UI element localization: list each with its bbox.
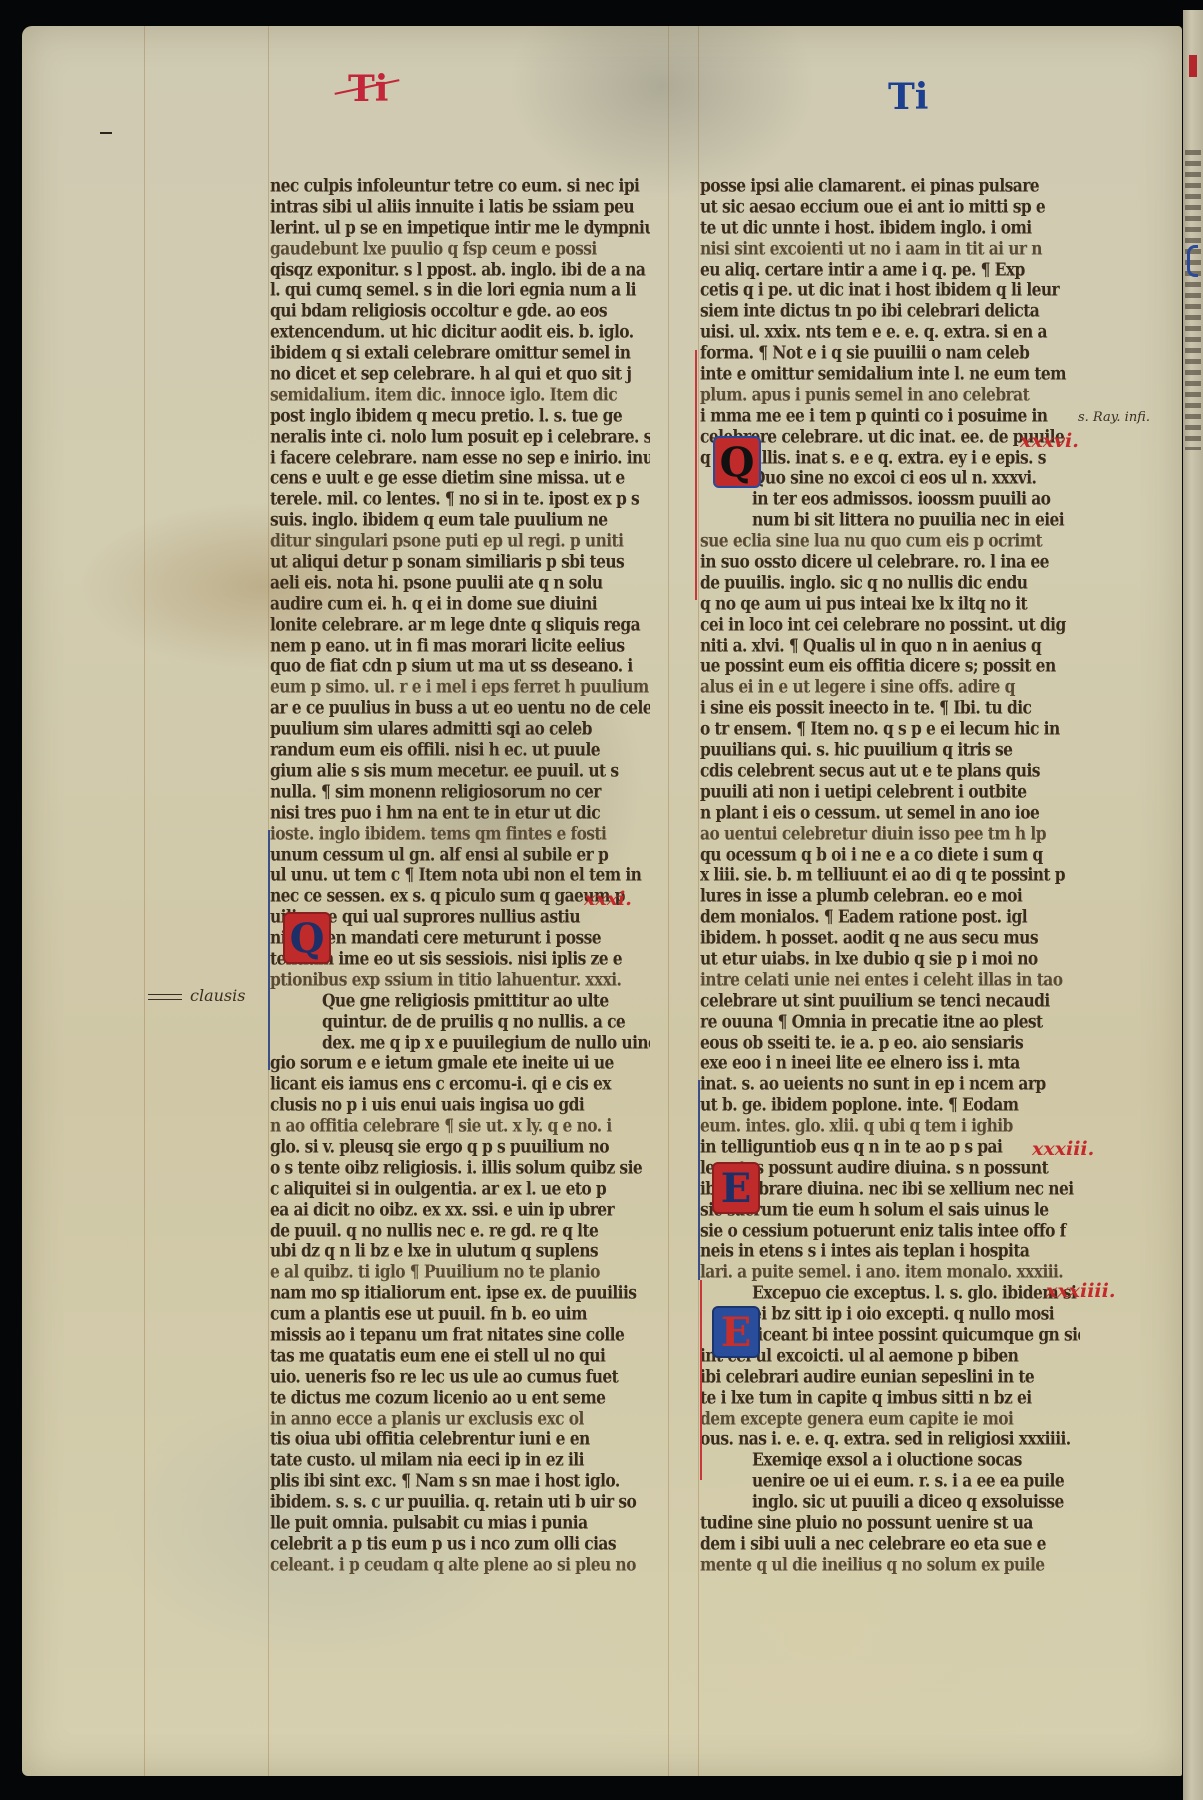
ink-mark: [100, 132, 112, 134]
text-column-b: posse ipsi alie clamarent. ei pinas puls…: [700, 176, 1080, 1576]
margin-note-left-text: clausis: [190, 986, 245, 1005]
penwork-flourish: [695, 350, 700, 600]
next-leaf-blue-paraph: [1187, 245, 1198, 277]
margin-ruling: [144, 26, 145, 1776]
rubric-number: xxxiii.: [1032, 1138, 1094, 1160]
column-a-right-ruling: [668, 26, 669, 1776]
text-column-a: nec culpis infoleuntur tetre co eum. si …: [270, 176, 650, 1576]
text-line: celeant. i p ceudam q alte plene ao si p…: [270, 1553, 650, 1577]
initial-q-col-a: Q: [283, 912, 331, 964]
next-leaf-red-mark: [1189, 55, 1197, 77]
margin-note-right: s. Ray. infi.: [1078, 410, 1150, 425]
rubric-number: xxxiiii.: [1046, 1280, 1115, 1302]
running-head-left: Ti: [348, 68, 388, 110]
penwork-flourish: [700, 1280, 705, 1480]
penwork-flourish: [268, 830, 273, 1070]
initial-q-col-b: Q: [713, 436, 761, 488]
text-line: mente q ul die ineilius q no solum ex pu…: [700, 1553, 1080, 1577]
next-leaf-edge: [1183, 10, 1203, 1800]
initial-e-col-b-1: E: [712, 1162, 760, 1214]
running-head-right: Ti: [888, 76, 928, 118]
rubric-number: xxxvi.: [1020, 430, 1079, 452]
column-b-ruling: [698, 26, 699, 1776]
penwork-flourish: [698, 1080, 703, 1280]
margin-note-left: clausis: [148, 986, 245, 1005]
next-leaf-text: [1185, 150, 1201, 450]
initial-e-col-b-2: E: [712, 1306, 760, 1358]
rubric-number: xxxi.: [584, 888, 632, 910]
